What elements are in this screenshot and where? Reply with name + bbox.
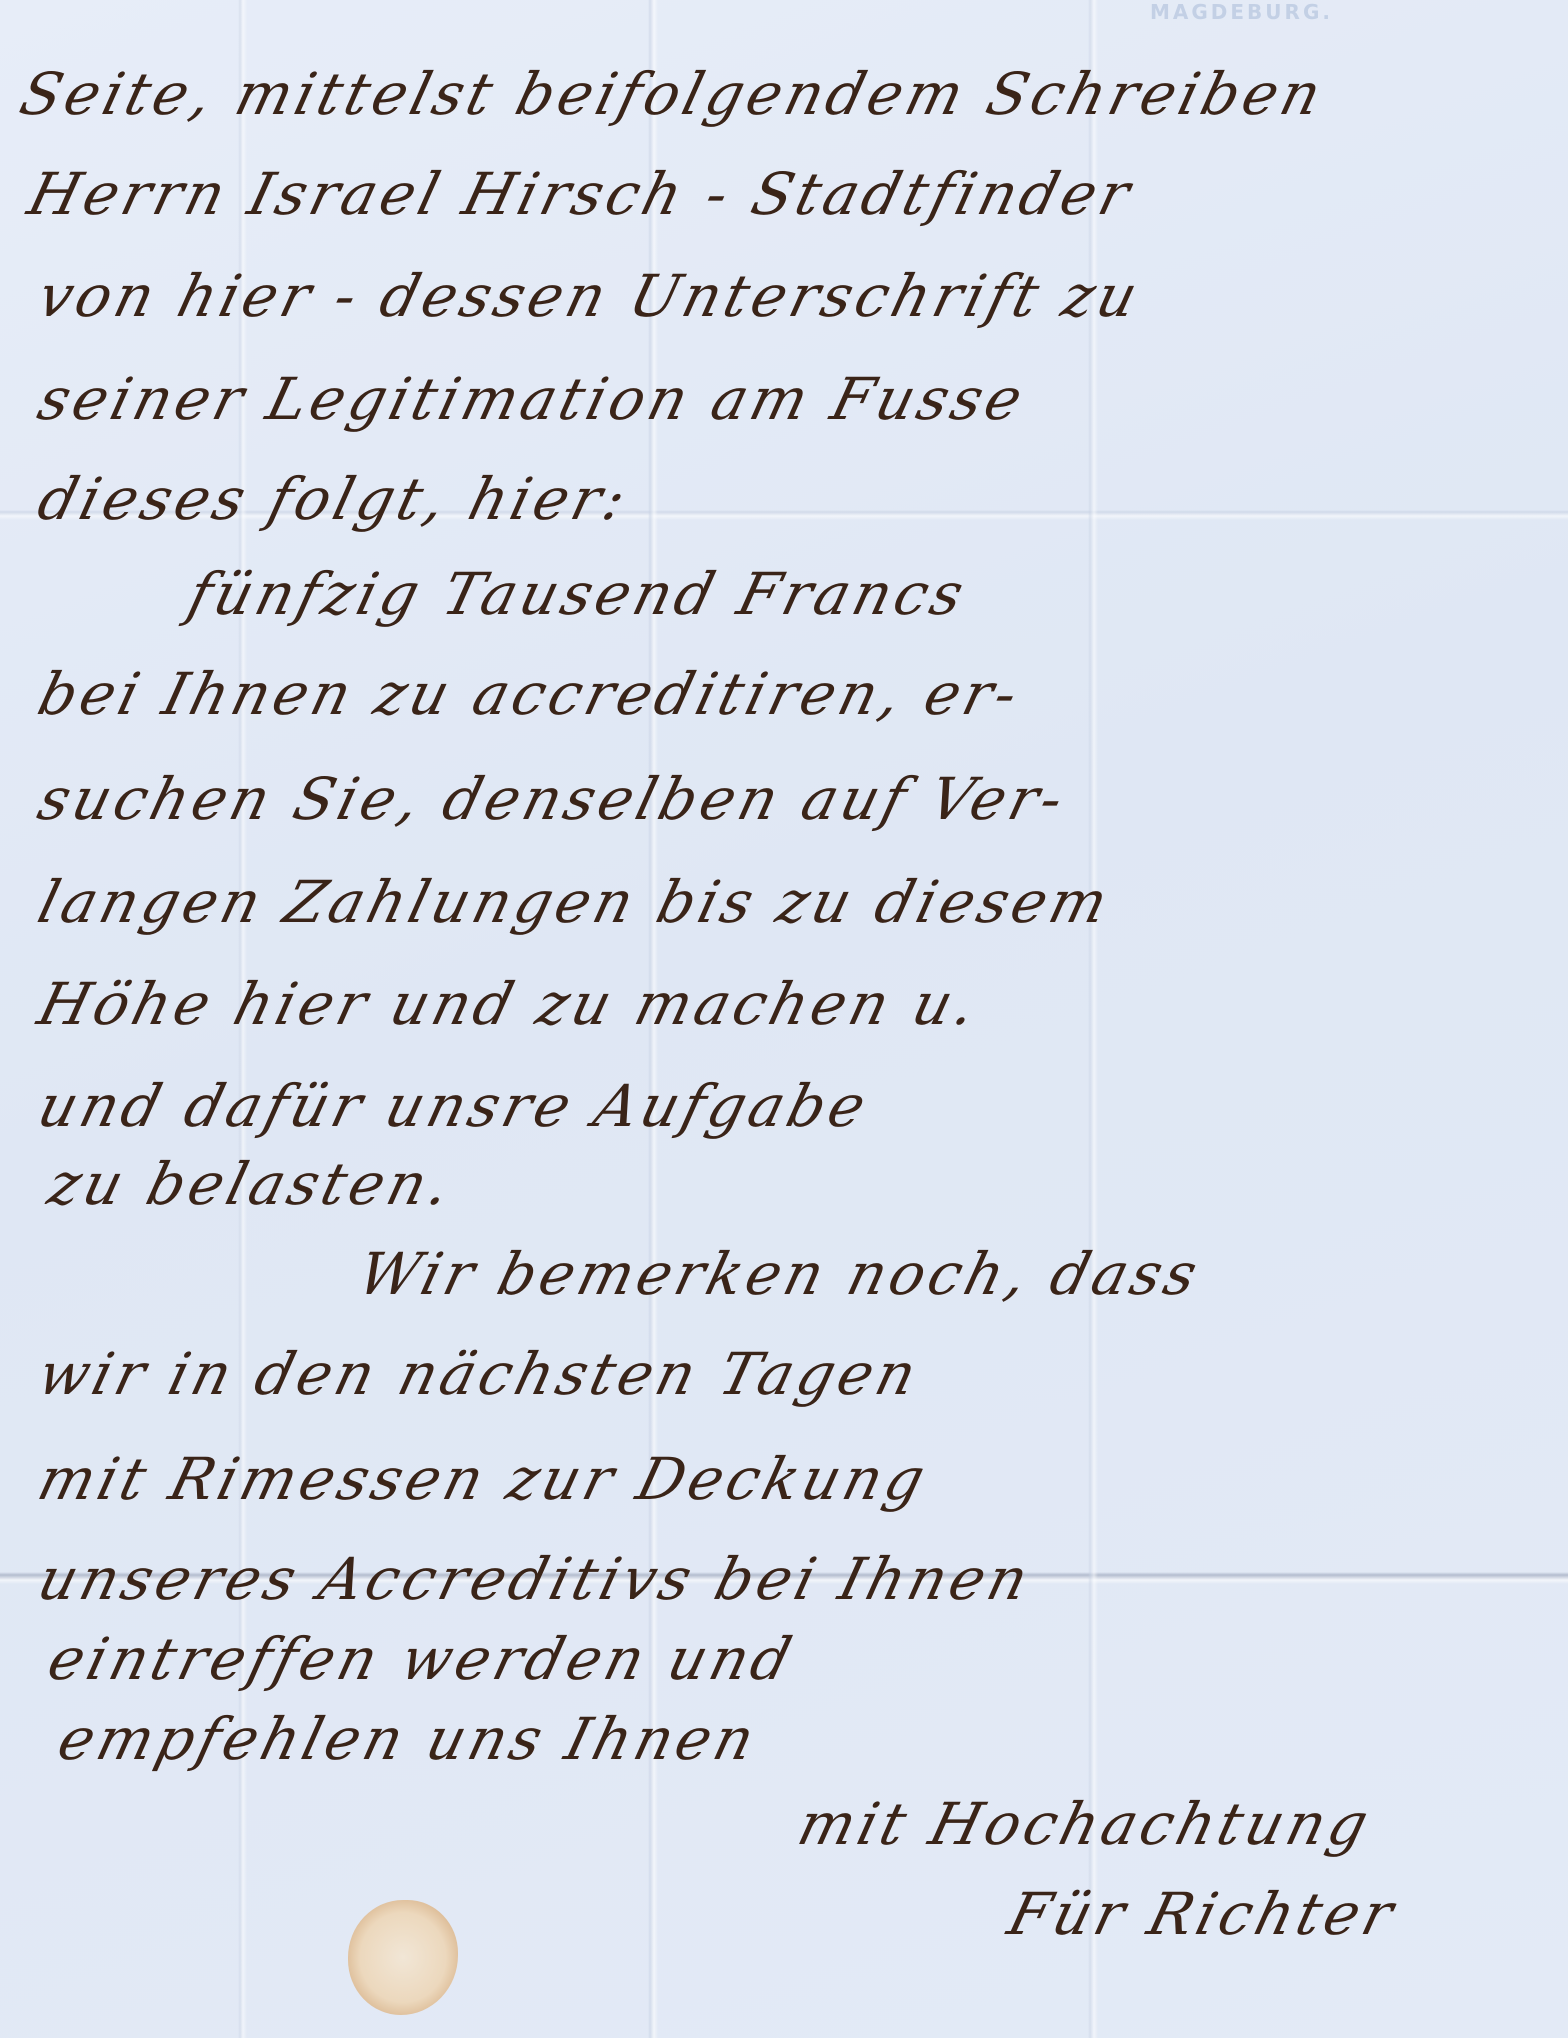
letter-line: dieses folgt, hier: (32, 465, 637, 533)
letter-line: suchen Sie, denselben auf Ver- (32, 765, 1074, 833)
letter-line: seiner Legitimation am Fusse (32, 365, 1033, 433)
letter-line: Seite, mittelst beifolgendem Schreiben (14, 60, 1332, 128)
wax-seal-stain (348, 1900, 458, 2015)
letter-line: Wir bemerken noch, dass (352, 1240, 1208, 1308)
letter-line: Herrn Israel Hirsch - Stadtfinder (22, 160, 1141, 228)
letter-page: MAGDEBURG. Seite, mittelst beifolgendem … (0, 0, 1568, 2038)
letter-line: bei Ihnen zu accreditiren, er- (32, 660, 1029, 728)
letter-line: fünfzig Tausend Francs (182, 560, 975, 628)
letter-line: unseres Accreditivs bei Ihnen (32, 1545, 1039, 1613)
closing-line: mit Hochachtung (792, 1790, 1379, 1858)
letter-line: eintreffen werden und (42, 1625, 802, 1693)
signature: Für Richter (1002, 1880, 1404, 1948)
letter-line: von hier - dessen Unterschrift zu (32, 262, 1149, 330)
letter-line: langen Zahlungen bis zu diesem (32, 868, 1119, 936)
letter-line: und dafür unsre Aufgabe (32, 1072, 877, 1140)
letter-line: wir in den nächsten Tagen (32, 1340, 927, 1408)
letter-line: empfehlen uns Ihnen (52, 1705, 765, 1773)
letter-line: zu belasten. (42, 1150, 461, 1218)
letter-line: mit Rimessen zur Deckung (32, 1445, 936, 1513)
postmark-stamp: MAGDEBURG. (1150, 0, 1450, 22)
letter-line: Höhe hier und zu machen u. (32, 970, 987, 1038)
